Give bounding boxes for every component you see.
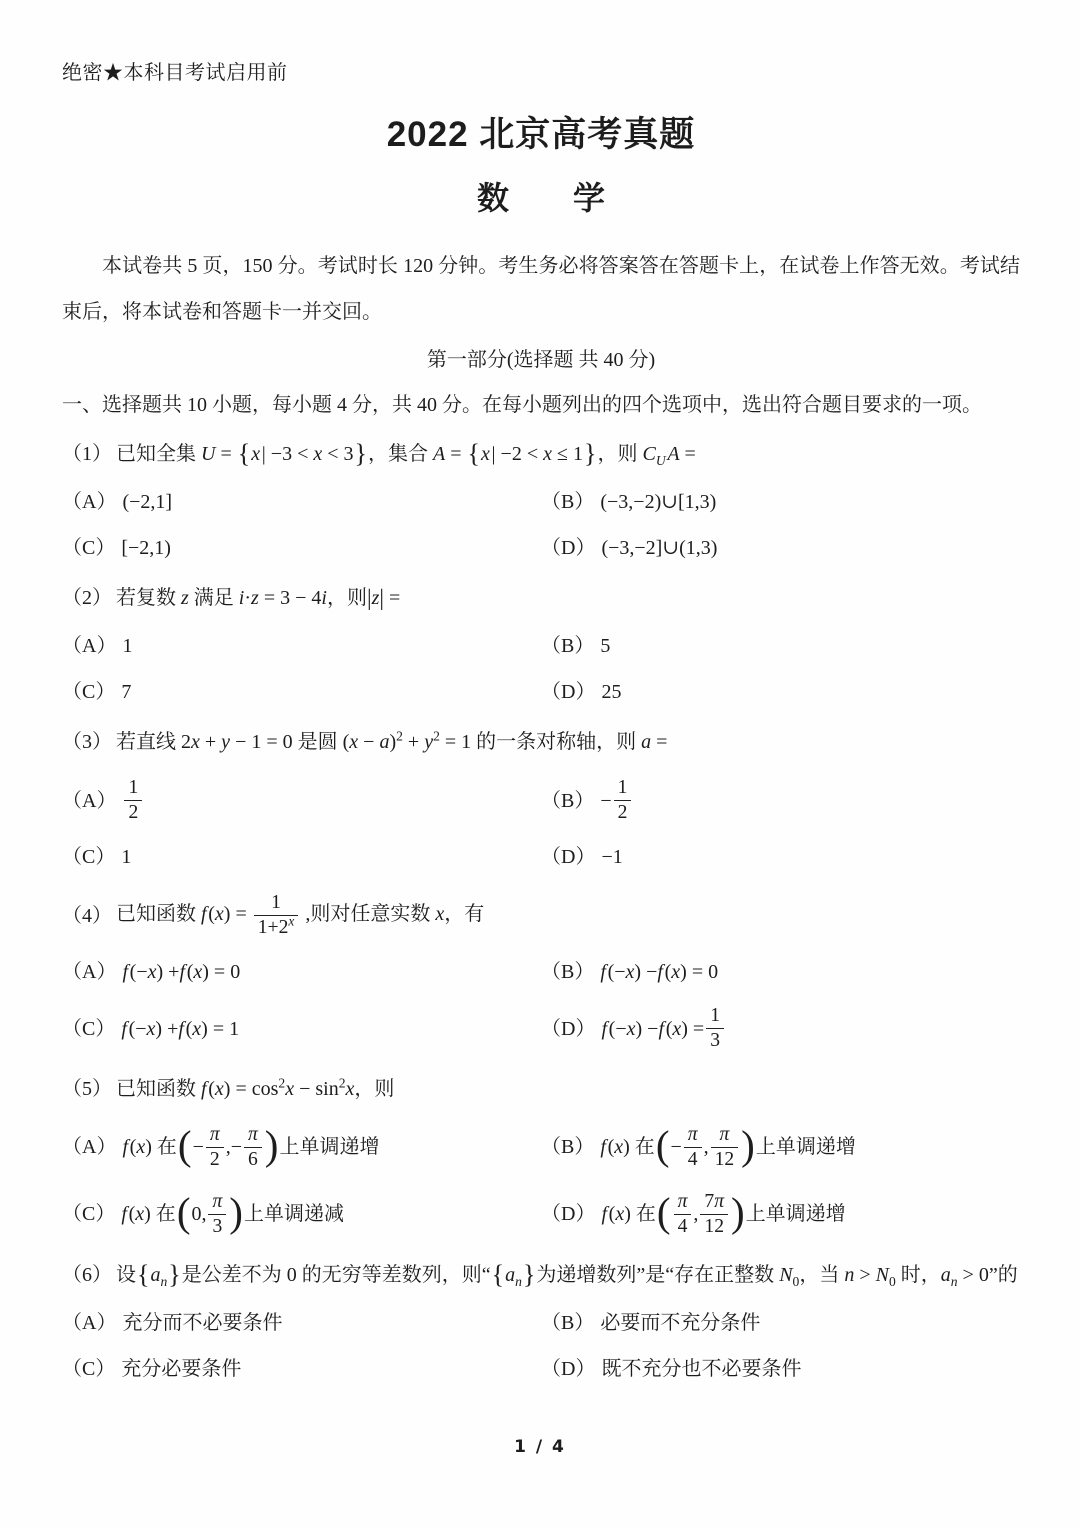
- question-4-option-b: （B） f (−x) − f (x) = 0: [541, 959, 1020, 985]
- option-text: f (x) 在(π4,7π12)上单调递增: [601, 1191, 845, 1238]
- option-label: （D）: [541, 1356, 595, 1382]
- question-3-stem: 若直线 2x + y − 1 = 0 是圆 (x − a)2 + y2 = 1 …: [116, 727, 667, 757]
- option-text: 充分而不必要条件: [122, 1310, 282, 1336]
- question-6-option-d: （D） 既不充分也不必要条件: [541, 1356, 1020, 1382]
- question-5-number: （5）: [62, 1074, 112, 1104]
- question-1-stem: 已知全集 U = {x | −3 < x < 3}，集合 A = {x | −2…: [116, 439, 696, 469]
- question-2: （2） 若复数 z 满足 i·z = 3 − 4i，则|z| = （A） 1 （…: [62, 583, 1020, 705]
- exam-page: 绝密★本科目考试启用前 2022 北京高考真题 数 学 本试卷共 5 页，150…: [0, 0, 1080, 1527]
- question-6: （6） 设{an}是公差不为 0 的无穷等差数列，则“{an}为递增数列”是“存…: [62, 1260, 1020, 1382]
- option-text: (−3,−2)∪[1,3): [600, 489, 716, 515]
- option-text: f (−x) − f (x) = 13: [601, 1005, 726, 1052]
- option-text: 25: [601, 679, 621, 705]
- question-2-option-a: （A） 1: [62, 633, 541, 659]
- question-3-options: （A） 12 （B） −12 （C） 1 （D） −1: [62, 777, 1020, 870]
- option-label: （B）: [541, 489, 594, 515]
- question-4-option-c: （C） f (−x) + f (x) = 1: [62, 1016, 541, 1042]
- question-6-option-b: （B） 必要而不充分条件: [541, 1310, 1020, 1336]
- option-label: （C）: [62, 844, 115, 870]
- question-5-option-c: （C） f (x) 在(0,π3)上单调递减: [62, 1191, 541, 1238]
- subject-title: 数 学: [62, 173, 1020, 219]
- option-label: （C）: [62, 535, 115, 561]
- question-4-number: （4）: [62, 901, 112, 931]
- question-4-options: （A） f (−x) + f (x) = 0 （B） f (−x) − f (x…: [62, 959, 1020, 1052]
- option-label: （D）: [541, 679, 595, 705]
- option-text: −12: [600, 777, 633, 824]
- page-number: 1 / 4: [0, 1437, 1080, 1457]
- question-3-number: （3）: [62, 727, 112, 757]
- question-2-option-d: （D） 25: [541, 679, 1020, 705]
- question-4-option-a: （A） f (−x) + f (x) = 0: [62, 959, 541, 985]
- option-text: 7: [121, 679, 131, 705]
- option-text: 既不充分也不必要条件: [601, 1356, 801, 1382]
- option-text: f (−x) − f (x) = 0: [600, 959, 718, 985]
- question-2-options: （A） 1 （B） 5 （C） 7 （D） 25: [62, 633, 1020, 705]
- option-label: （B）: [541, 1134, 594, 1160]
- section-instruction: 一、选择题共 10 小题，每小题 4 分，共 40 分。在每小题列出的四个选项中…: [62, 388, 1020, 417]
- option-label: （D）: [541, 535, 595, 561]
- option-label: （D）: [541, 1016, 595, 1042]
- option-text: f (x) 在(0,π3)上单调递减: [121, 1191, 344, 1238]
- question-6-option-a: （A） 充分而不必要条件: [62, 1310, 541, 1336]
- question-5-option-a: （A） f (x) 在(−π2,−π6)上单调递增: [62, 1124, 541, 1171]
- option-text: 1: [122, 633, 132, 659]
- option-text: (−3,−2]∪(1,3): [601, 535, 717, 561]
- question-1-option-d: （D） (−3,−2]∪(1,3): [541, 535, 1020, 561]
- question-3-option-a: （A） 12: [62, 777, 541, 824]
- option-label: （D）: [541, 1201, 595, 1227]
- question-4-option-d: （D） f (−x) − f (x) = 13: [541, 1005, 1020, 1052]
- question-5-options: （A） f (x) 在(−π2,−π6)上单调递增 （B） f (x) 在(−π…: [62, 1124, 1020, 1238]
- page-title: 2022 北京高考真题: [62, 107, 1020, 157]
- question-2-stem: 若复数 z 满足 i·z = 3 − 4i，则|z| =: [116, 583, 400, 613]
- option-label: （A）: [62, 788, 116, 814]
- option-text: 5: [600, 633, 610, 659]
- option-label: （B）: [541, 959, 594, 985]
- question-3-option-c: （C） 1: [62, 844, 541, 870]
- option-text: 12: [122, 777, 144, 824]
- exam-instructions: 本试卷共 5 页，150 分。考试时长 120 分钟。考生务必将答案答在答题卡上…: [62, 243, 1020, 335]
- question-3-option-b: （B） −12: [541, 777, 1020, 824]
- question-4-stem: 已知函数 f (x) = 11+2x ,则对任意实数 x，有: [116, 892, 484, 939]
- question-4: （4） 已知函数 f (x) = 11+2x ,则对任意实数 x，有 （A） f…: [62, 892, 1020, 1052]
- question-6-number: （6）: [62, 1260, 112, 1290]
- option-label: （B）: [541, 1310, 594, 1336]
- question-5-option-d: （D） f (x) 在(π4,7π12)上单调递增: [541, 1191, 1020, 1238]
- question-5: （5） 已知函数 f (x) = cos2x − sin2x，则 （A） f (…: [62, 1074, 1020, 1238]
- security-notice: 绝密★本科目考试启用前: [62, 56, 1020, 85]
- option-text: f (−x) + f (x) = 0: [122, 959, 240, 985]
- option-label: （A）: [62, 1134, 116, 1160]
- option-label: （C）: [62, 1201, 115, 1227]
- option-label: （C）: [62, 1356, 115, 1382]
- question-5-stem: 已知函数 f (x) = cos2x − sin2x，则: [116, 1074, 394, 1104]
- option-text: f (x) 在(−π2,−π6)上单调递增: [122, 1124, 379, 1171]
- question-3: （3） 若直线 2x + y − 1 = 0 是圆 (x − a)2 + y2 …: [62, 727, 1020, 870]
- option-label: （A）: [62, 633, 116, 659]
- question-1-options: （A） (−2,1] （B） (−3,−2)∪[1,3) （C） [−2,1) …: [62, 489, 1020, 561]
- option-label: （A）: [62, 959, 116, 985]
- option-label: （A）: [62, 489, 116, 515]
- question-3-option-d: （D） −1: [541, 844, 1020, 870]
- question-2-option-c: （C） 7: [62, 679, 541, 705]
- option-label: （B）: [541, 788, 594, 814]
- question-2-option-b: （B） 5: [541, 633, 1020, 659]
- question-1-option-a: （A） (−2,1]: [62, 489, 541, 515]
- option-text: 必要而不充分条件: [600, 1310, 760, 1336]
- question-1-option-b: （B） (−3,−2)∪[1,3): [541, 489, 1020, 515]
- question-2-number: （2）: [62, 583, 112, 613]
- option-text: [−2,1): [121, 535, 171, 561]
- option-text: f (x) 在(−π4,π12)上单调递增: [600, 1124, 855, 1171]
- option-label: （C）: [62, 1016, 115, 1042]
- option-text: f (−x) + f (x) = 1: [121, 1016, 239, 1042]
- question-6-stem: 设{an}是公差不为 0 的无穷等差数列，则“{an}为递增数列”是“存在正整数…: [116, 1260, 1018, 1290]
- question-6-options: （A） 充分而不必要条件 （B） 必要而不充分条件 （C） 充分必要条件 （D）…: [62, 1310, 1020, 1382]
- option-text: −1: [601, 844, 622, 870]
- option-label: （D）: [541, 844, 595, 870]
- option-text: 充分必要条件: [121, 1356, 241, 1382]
- option-label: （B）: [541, 633, 594, 659]
- option-text: (−2,1]: [122, 489, 172, 515]
- option-label: （A）: [62, 1310, 116, 1336]
- option-text: 1: [121, 844, 131, 870]
- section-heading: 第一部分(选择题 共 40 分): [62, 343, 1020, 372]
- question-6-option-c: （C） 充分必要条件: [62, 1356, 541, 1382]
- question-1-option-c: （C） [−2,1): [62, 535, 541, 561]
- question-5-option-b: （B） f (x) 在(−π4,π12)上单调递增: [541, 1124, 1020, 1171]
- question-1-number: （1）: [62, 439, 112, 469]
- option-label: （C）: [62, 679, 115, 705]
- question-1: （1） 已知全集 U = {x | −3 < x < 3}，集合 A = {x …: [62, 439, 1020, 561]
